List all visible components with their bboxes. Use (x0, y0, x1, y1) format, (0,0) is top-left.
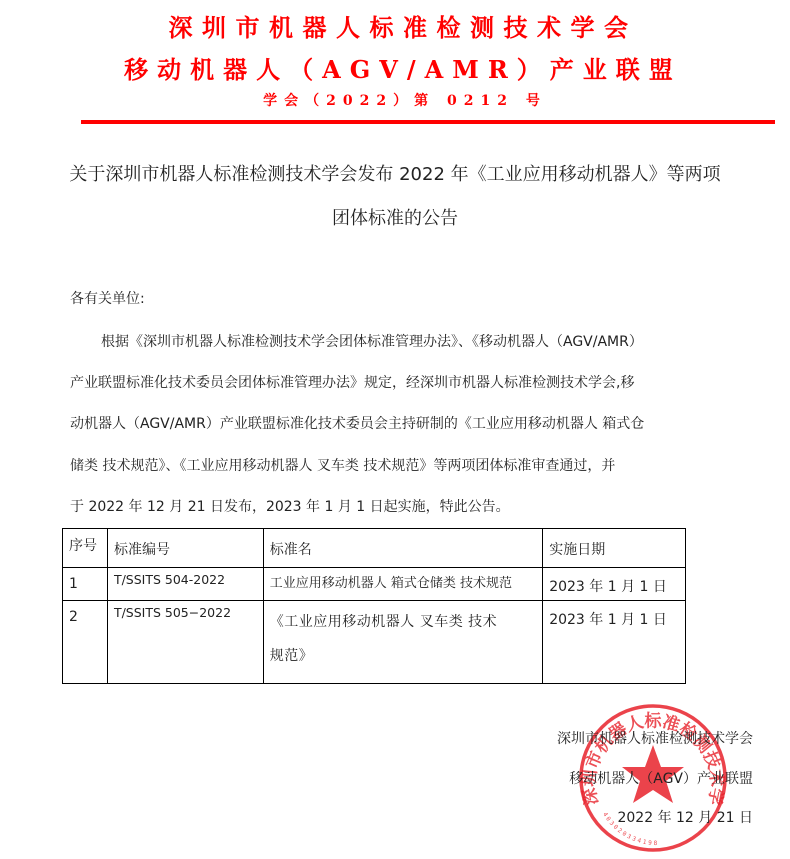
table-row: 2 T/SSITS 505−2022 《工业应用移动机器人 叉车类 技术 规范》… (63, 601, 686, 684)
cell-date: 2023 年 1 月 1 日 (543, 601, 686, 684)
cell-code: T/SSITS 505−2022 (107, 601, 263, 684)
announcement-title-line2: 团体标准的公告 (0, 204, 790, 230)
cell-name: 《工业应用移动机器人 叉车类 技术 规范》 (263, 601, 542, 684)
body-paragraph-line: 根据《深圳市机器人标准检测技术学会团体标准管理办法》、《移动机器人（AGV/AM… (101, 331, 643, 351)
header-cell-date: 实施日期 (543, 529, 686, 568)
body-paragraph-line: 动机器人（AGV/AMR）产业联盟标准化技术委员会主持研制的《工业应用移动机器人… (70, 413, 644, 433)
table-header-row: 序号 标准编号 标准名 实施日期 (63, 529, 686, 568)
header-red-rule (81, 120, 775, 124)
standards-table: 序号 标准编号 标准名 实施日期 1 T/SSITS 504-2022 工业应用… (62, 528, 686, 684)
body-paragraph-line: 产业联盟标准化技术委员会团体标准管理办法》规定，经深圳市机器人标准检测技术学会,… (70, 372, 634, 392)
table-row: 1 T/SSITS 504-2022 工业应用移动机器人 箱式仓储类 技术规范 … (63, 568, 686, 601)
cell-date: 2023 年 1 月 1 日 (543, 568, 686, 601)
cell-name: 工业应用移动机器人 箱式仓储类 技术规范 (263, 568, 542, 601)
body-paragraph-line: 于 2022 年 12 月 21 日发布，2023 年 1 月 1 日起实施，特… (70, 496, 510, 516)
cell-no: 2 (63, 601, 108, 684)
announcement-title-line1: 关于深圳市机器人标准检测技术学会发布 2022 年《工业应用移动机器人》等两项 (0, 160, 790, 186)
document-number: 学会（2022）第 0212 号 (10, 90, 790, 110)
signature-org1: 深圳市机器人标准检测技术学会 (557, 728, 753, 748)
signature-date: 2022 年 12 月 21 日 (617, 807, 753, 827)
header-cell-code: 标准编号 (107, 529, 263, 568)
salutation: 各有关单位: (70, 288, 145, 308)
alliance-name-heading: 移动机器人（AGV/AMR）产业联盟 (0, 50, 790, 85)
header-cell-name: 标准名 (263, 529, 542, 568)
body-paragraph-line: 储类 技术规范》、《工业应用移动机器人 叉车类 技术规范》等两项团体标准审查通过… (70, 455, 615, 475)
org-name-heading: 深圳市机器人标准检测技术学会 (0, 8, 790, 43)
cell-code: T/SSITS 504-2022 (107, 568, 263, 601)
signature-org2: 移动机器人（AGV）产业联盟 (569, 768, 753, 788)
header-cell-no: 序号 (63, 529, 108, 568)
cell-no: 1 (63, 568, 108, 601)
